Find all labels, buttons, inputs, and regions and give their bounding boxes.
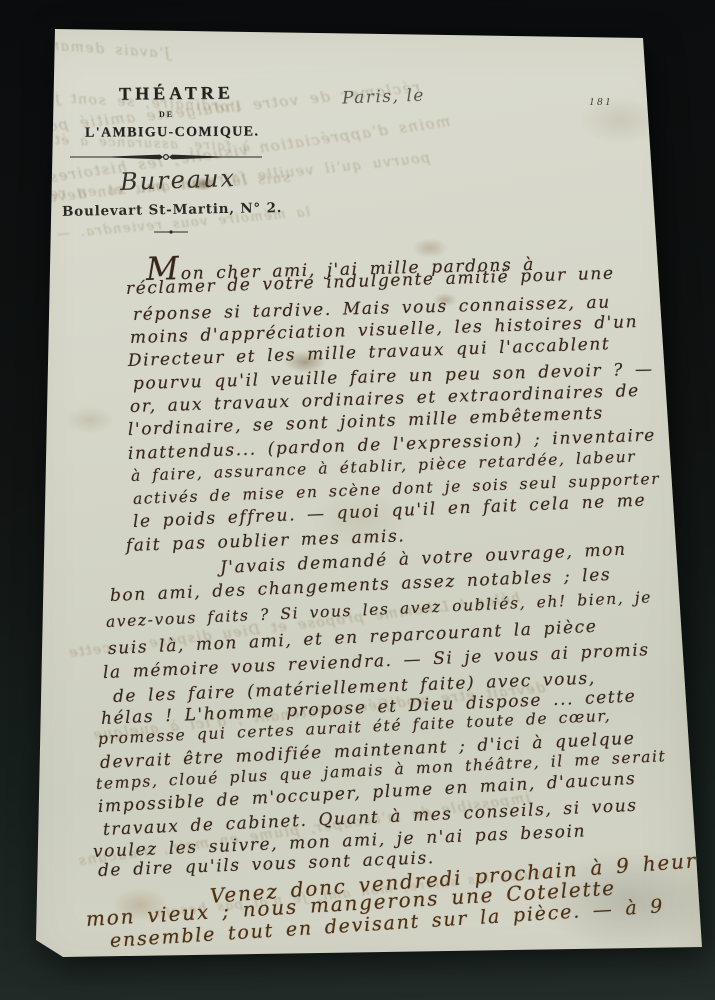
letterhead-theatre-title: THÉATRE xyxy=(119,82,234,104)
letterhead-address: Boulevart St-Martin, N° 2. xyxy=(62,200,282,220)
photo-background: J'avais demandé à votre ouvrage, mon réc… xyxy=(0,0,715,1000)
letterhead-company-name: L'AMBIGU-COMIQUE. xyxy=(85,124,259,141)
printed-year-prefix: 181 xyxy=(589,96,613,108)
letterhead-small-ornament xyxy=(148,228,194,236)
letterhead-bureaux: Bureaux xyxy=(120,164,237,196)
bleed-through-line: J'avais demandé à votre ouvrage, mon xyxy=(0,22,171,62)
paper-shadow: J'avais demandé à votre ouvrage, mon réc… xyxy=(0,0,715,1000)
letter-paper: J'avais demandé à votre ouvrage, mon réc… xyxy=(0,0,715,1000)
letterhead-de: DE xyxy=(159,110,174,119)
letterhead-divider-ornament xyxy=(70,151,262,163)
printed-city-date-line: Paris, le xyxy=(342,86,426,109)
